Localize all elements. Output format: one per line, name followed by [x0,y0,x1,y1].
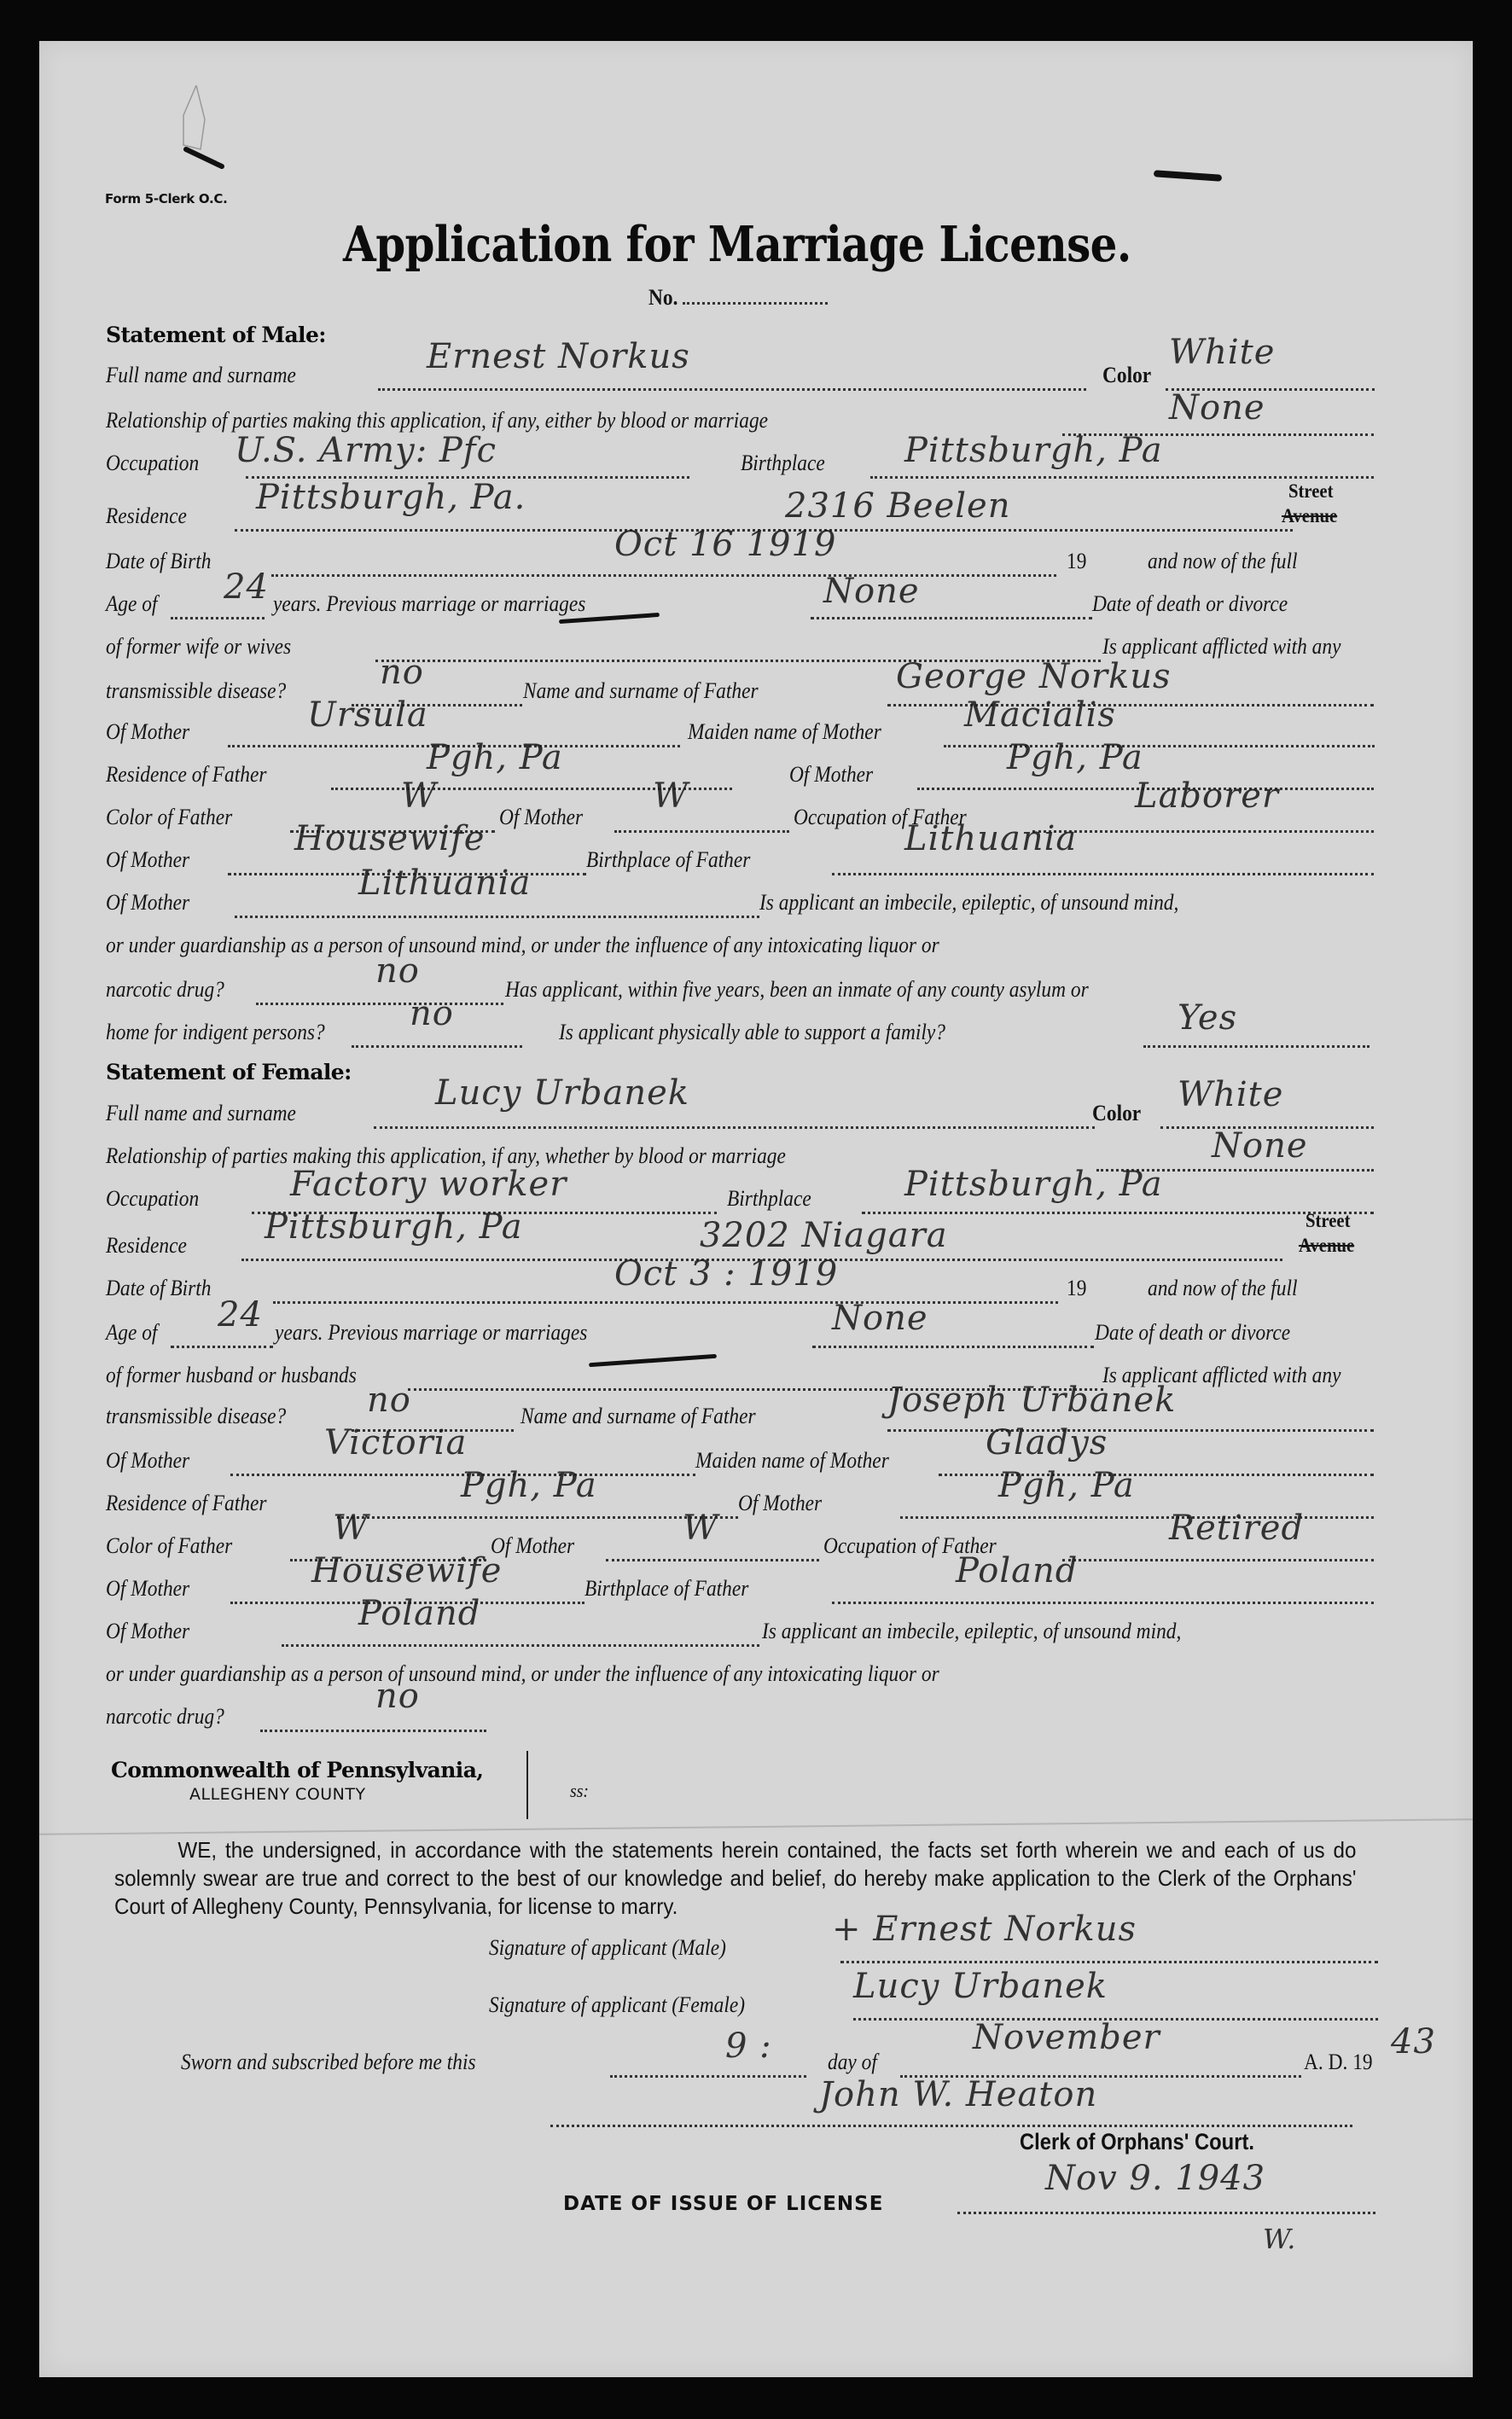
label-female-year-prefix: 19 [1067,1276,1086,1301]
dotted-line [1062,1559,1374,1561]
number-field[interactable] [683,302,828,305]
label-female-maiden-name: Maiden name of Mother [695,1448,889,1474]
label-female-residence-father: Residence of Father [106,1491,266,1516]
female-mother-name-value[interactable]: Victoria [324,1423,467,1462]
female-previous-marriages-value[interactable]: None [832,1299,928,1338]
section-title-male: Statement of Male: [106,323,326,347]
label-male-date-death-divorce: Date of death or divorce [1092,591,1288,617]
label-male-transmissible: transmissible disease? [106,678,286,704]
dotted-line [870,476,1374,479]
dotted-line [374,1126,1095,1129]
male-age-value[interactable]: 24 [224,567,269,607]
oath-paragraph: WE, the undersigned, in accordance with … [114,1836,1356,1921]
label-female-birthplace: Birthplace [727,1186,811,1212]
clerk-title: Clerk of Orphans' Court. [1020,2129,1254,2155]
label-female-dob: Date of Birth [106,1276,211,1301]
male-birthplace-mother-value[interactable]: Lithuania [358,864,531,903]
female-relationship-value[interactable]: None [1212,1126,1308,1166]
female-age-value[interactable]: 24 [218,1295,263,1335]
label-male-years-prev: years. Previous marriage or marriages [273,591,585,617]
dotted-line [171,1346,273,1348]
female-color-father-value[interactable]: W [333,1509,369,1548]
male-occupation-value[interactable]: U.S. Army: Pfc [235,431,497,470]
dotted-line [352,1045,522,1048]
label-male-year-prefix: 19 [1067,549,1086,574]
label-male-color: Color [1102,363,1151,388]
female-residence-address-value[interactable]: 3202 Niagara [700,1216,948,1255]
label-day-of: day of [828,2050,877,2075]
label-male-maiden-name: Maiden name of Mother [688,719,881,745]
signature-male-value[interactable]: + Ernest Norkus [832,1910,1137,1949]
label-male-dob: Date of Birth [106,549,211,574]
male-narcotic-value[interactable]: no [375,951,420,991]
male-color-mother-value[interactable]: W [653,776,689,816]
label-male-residence: Residence [106,503,187,529]
dotted-line [832,873,1374,875]
label-female-full-name: Full name and surname [106,1101,296,1126]
label-female-mother: Of Mother [106,1448,189,1474]
label-female-guardianship: or under guardianship as a person of uns… [106,1661,939,1687]
page-title: Application for Marriage License. [343,215,1131,273]
label-female-father-name: Name and surname of Father [520,1404,756,1429]
issue-initial-value: W. [1263,2223,1296,2255]
label-male-birthplace-father: Birthplace of Father [586,847,750,873]
form-number: Form 5-Clerk O.C. [105,191,228,206]
dotted-line [614,830,789,833]
female-narcotic-value[interactable]: no [375,1677,420,1716]
male-birthplace-value[interactable]: Pittsburgh, Pa [904,431,1163,470]
female-occupation-father-value[interactable]: Retired [1169,1509,1304,1548]
commonwealth-heading: Commonwealth of Pennsylvania, [111,1758,483,1782]
county-label: ALLEGHENY COUNTY [189,1785,366,1804]
label-male-residence-mother: Of Mother [789,762,873,788]
label-male-full-name: Full name and surname [106,363,296,388]
dotted-line [1143,1045,1370,1048]
ss-label: ss: [570,1780,589,1802]
sworn-year-value[interactable]: 43 [1391,2022,1436,2061]
dotted-line [260,1730,486,1732]
dotted-line [832,1602,1374,1604]
female-color-mother-value[interactable]: W [683,1509,718,1548]
sworn-day-value[interactable]: 9 : [725,2026,772,2066]
label-male-occupation: Occupation [106,451,199,476]
female-residence-mother-value[interactable]: Pgh, Pa [998,1466,1135,1505]
label-male-birthplace: Birthplace [741,451,825,476]
label-female-date-death-divorce: Date of death or divorce [1095,1320,1290,1346]
section-title-female: Statement of Female: [106,1060,352,1084]
female-mother-maiden-value[interactable]: Gladys [986,1423,1108,1462]
male-previous-marriages-value[interactable]: None [823,572,920,611]
label-male-former-spouse: of former wife or wives [106,634,291,660]
label-female-age: Age of [106,1320,157,1346]
label-male-asylum: Has applicant, within five years, been a… [505,977,1089,1003]
male-residence-mother-value[interactable]: Pgh, Pa [1007,738,1143,777]
female-occupation-mother-value[interactable]: Housewife [311,1551,502,1590]
label-male-occupation-mother: Of Mother [106,847,189,873]
number-label: No. [648,285,677,311]
label-female-birthplace-mother: Of Mother [106,1619,189,1644]
label-date-of-issue: DATE OF ISSUE OF LICENSE [563,2193,883,2215]
male-color-value[interactable]: White [1169,333,1275,372]
male-support-value[interactable]: Yes [1178,998,1237,1038]
male-father-name-value[interactable]: George Norkus [896,657,1172,696]
label-sworn: Sworn and subscribed before me this [181,2050,476,2075]
label-female-residence-mother: Of Mother [738,1491,822,1516]
female-birthplace-father-value[interactable]: Poland [956,1551,1078,1590]
dotted-line [887,704,1374,707]
label-male-mother: Of Mother [106,719,189,745]
female-residence-value[interactable]: Pittsburgh, Pa [265,1207,523,1247]
label-male-age: Age of [106,591,157,617]
label-female-avenue: Avenue [1299,1235,1354,1257]
dotted-line [271,574,1056,577]
label-female-color-father: Color of Father [106,1533,232,1559]
label-female-narcotic: narcotic drug? [106,1704,224,1730]
label-signature-female: Signature of applicant (Female) [489,1992,745,2018]
female-residence-father-value[interactable]: Pgh, Pa [461,1466,597,1505]
issue-date-value[interactable]: Nov 9. 1943 [1045,2159,1265,2198]
label-female-occupation-mother: Of Mother [106,1576,189,1602]
clerk-signature-value[interactable]: John W. Heaton [819,2075,1097,2114]
female-color-value[interactable]: White [1178,1075,1283,1114]
label-female-residence: Residence [106,1233,187,1259]
male-occupation-father-value[interactable]: Laborer [1135,776,1279,816]
label-female-imbecile: Is applicant an imbecile, epileptic, of … [762,1619,1181,1644]
dotted-line [171,617,265,619]
label-female-street: Street [1306,1210,1350,1232]
dotted-line [606,1559,819,1561]
dotted-line [273,1301,1058,1304]
sworn-month-value[interactable]: November [973,2018,1160,2057]
male-color-father-value[interactable]: W [401,776,437,816]
signature-female-value[interactable]: Lucy Urbanek [853,1967,1108,2006]
label-male-avenue: Avenue [1282,505,1337,527]
male-dob-value[interactable]: Oct 16 1919 [614,525,836,564]
label-female-years-prev: years. Previous marriage or marriages [275,1320,587,1346]
label-male-indigent: home for indigent persons? [106,1020,325,1045]
female-occupation-value[interactable]: Factory worker [290,1165,567,1204]
label-male-birthplace-mother: Of Mother [106,890,189,916]
female-father-name-value[interactable]: Joseph Urbanek [887,1381,1176,1420]
label-male-color-mother: Of Mother [499,805,583,830]
dotted-line [378,388,1086,391]
female-birthplace-mother-value[interactable]: Poland [358,1594,480,1633]
dotted-line [812,1346,1094,1348]
male-mother-name-value[interactable]: Ursula [307,695,428,735]
female-dob-value[interactable]: Oct 3 : 1919 [614,1254,838,1294]
female-birthplace-value[interactable]: Pittsburgh, Pa [904,1165,1163,1204]
label-male-residence-father: Residence of Father [106,762,266,788]
male-occupation-mother-value[interactable]: Housewife [294,819,485,858]
dotted-line [610,2075,806,2078]
male-full-name-value[interactable]: Ernest Norkus [427,337,690,376]
label-female-occupation: Occupation [106,1186,199,1212]
male-residence-father-value[interactable]: Pgh, Pa [427,738,563,777]
dotted-line [256,1003,503,1005]
label-male-guardianship: or under guardianship as a person of uns… [106,933,939,958]
female-transmissible-value[interactable]: no [367,1381,411,1420]
label-male-narcotic: narcotic drug? [106,977,224,1003]
dotted-line [337,1516,738,1519]
label-female-former-spouse: of former husband or husbands [106,1363,357,1388]
bracket-divider [526,1751,528,1819]
female-full-name-value[interactable]: Lucy Urbanek [435,1073,689,1113]
label-female-color: Color [1092,1101,1141,1126]
label-female-and-now: and now of the full [1148,1276,1298,1301]
dotted-line [1032,830,1374,833]
dotted-line [235,916,759,918]
male-relationship-value[interactable]: None [1169,388,1265,427]
label-male-imbecile: Is applicant an imbecile, epileptic, of … [759,890,1178,916]
label-male-support: Is applicant physically able to support … [559,1020,945,1045]
label-female-birthplace-father: Birthplace of Father [584,1576,748,1602]
label-male-relationship: Relationship of parties making this appl… [106,408,768,433]
dotted-line [862,1212,1374,1214]
label-male-street: Street [1288,480,1333,503]
dotted-line [957,2212,1375,2214]
label-male-and-now: and now of the full [1148,549,1298,574]
male-birthplace-father-value[interactable]: Lithuania [904,819,1077,858]
male-residence-address-value[interactable]: 2316 Beelen [785,486,1010,526]
male-mother-maiden-value[interactable]: Macialis [964,695,1116,735]
label-male-afflicted: Is applicant afflicted with any [1102,634,1340,660]
label-female-transmissible: transmissible disease? [106,1404,286,1429]
dotted-line [840,1961,1378,1963]
dotted-line [887,1429,1374,1432]
label-male-father-name: Name and surname of Father [523,678,759,704]
pencil-mark-icon [179,81,256,175]
dotted-line [811,617,1092,619]
label-female-color-mother: Of Mother [491,1533,574,1559]
label-ad: A. D. 19 [1304,2050,1373,2075]
label-signature-male: Signature of applicant (Male) [489,1935,726,1961]
male-residence-value[interactable]: Pittsburgh, Pa. [256,478,526,517]
dotted-line [550,2125,1352,2127]
label-male-color-father: Color of Father [106,805,232,830]
dotted-line [282,1644,759,1647]
male-indigent-value[interactable]: no [410,994,454,1033]
male-transmissible-value[interactable]: no [380,653,424,692]
